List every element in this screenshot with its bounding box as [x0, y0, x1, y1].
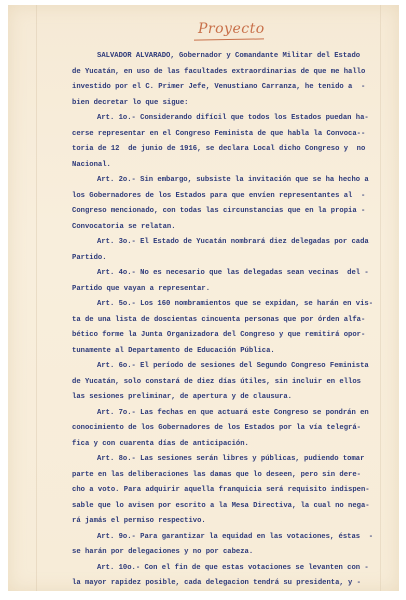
text-line: parte en las deliberaciones las damas qu… — [72, 468, 384, 484]
text-line: Convocatoria se relatan. — [72, 220, 384, 236]
typewritten-body: SALVADOR ALVARADO, Gobernador y Comandan… — [72, 49, 384, 592]
text-line: bético forme la Junta Organizadora del C… — [72, 328, 384, 344]
text-line: Congreso mencionado, con todas las circu… — [72, 204, 384, 220]
text-line: se harán por delegaciones y no por cabez… — [72, 545, 384, 561]
text-line: cho a voto. Para adquirir aquella franqu… — [72, 483, 384, 499]
text-line: Art. 1o.- Considerando difícil que todos… — [72, 111, 384, 127]
text-line: Nacional. — [72, 158, 384, 174]
text-line: los Gobernadores de los Estados para que… — [72, 189, 384, 205]
text-line: Art. 4o.- No es necesario que las delega… — [72, 266, 384, 282]
text-line: de Yucatán, solo constará de diez días ú… — [72, 375, 384, 391]
text-line: las sesiones preliminar, de apertura y d… — [72, 390, 384, 406]
text-line: toria de 12 de junio de 1916, se declara… — [72, 142, 384, 158]
text-line: Art. 7o.- Las fechas en que actuará este… — [72, 406, 384, 422]
text-line: bien decretar lo que sigue: — [72, 96, 384, 112]
text-line: sable que lo avisen por escrito a la Mes… — [72, 499, 384, 515]
text-line: rá jamás el permiso respectivo. — [72, 514, 384, 530]
text-line: investido por el C. Primer Jefe, Venusti… — [72, 80, 384, 96]
text-line: de Yucatán, en uso de las facultades ext… — [72, 65, 384, 81]
text-line: Partido. — [72, 251, 384, 267]
text-line: la mayor rapidez posible, cada delegacio… — [72, 576, 384, 592]
text-line: conocimiento de los Gobernadores de los … — [72, 421, 384, 437]
text-line: Art. 3o.- El Estado de Yucatán nombrará … — [72, 235, 384, 251]
text-line: SALVADOR ALVARADO, Gobernador y Comandan… — [72, 49, 384, 65]
text-line: Art. 5o.- Los 160 nombramientos que se e… — [72, 297, 384, 313]
text-line: Art. 8o.- Las sesiones serán libres y pú… — [72, 452, 384, 468]
text-line: tunamente al Departamento de Educación P… — [72, 344, 384, 360]
heading-underline — [194, 38, 264, 40]
text-line: Art. 2o.- Sin embargo, subsiste la invit… — [72, 173, 384, 189]
text-line: Partido que vayan a representar. — [72, 282, 384, 298]
text-line: Art. 9o.- Para garantizar la equidad en … — [72, 530, 384, 546]
text-line: fica y con cuarenta días de anticipación… — [72, 437, 384, 453]
text-line: ta de una lista de doscientas cincuenta … — [72, 313, 384, 329]
text-line: cerse representar en el Congreso Feminis… — [72, 127, 384, 143]
handwritten-heading: Proyecto — [198, 21, 265, 37]
text-line: Art. 6o.- El período de sesiones del Seg… — [72, 359, 384, 375]
text-line: Art. 10o.- Con el fin de que estas votac… — [72, 561, 384, 577]
